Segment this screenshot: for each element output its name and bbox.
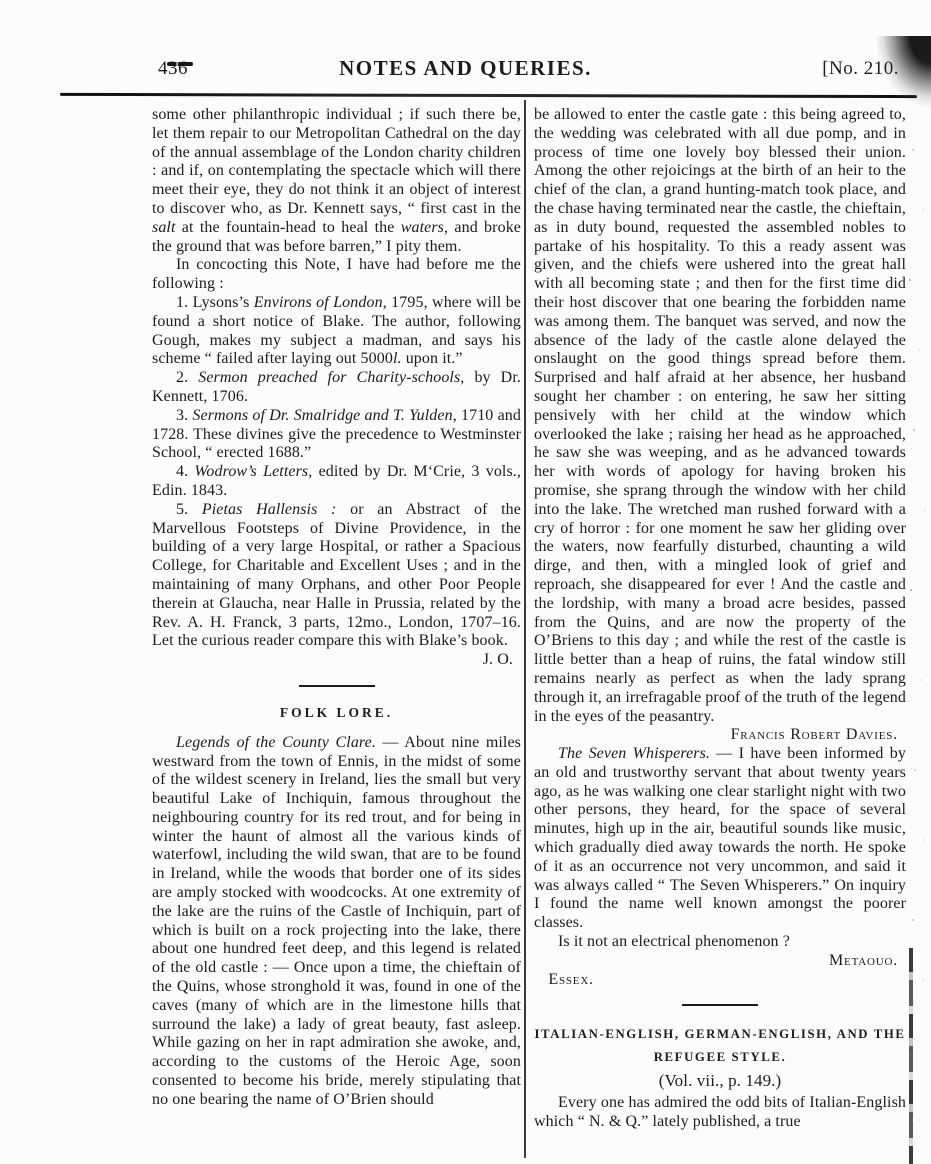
- italic-run: Environs of London: [254, 294, 383, 311]
- text-run: 1. Lysons’s: [176, 294, 254, 311]
- italic-run: Wodrow’s Letters: [194, 463, 308, 480]
- continued-paragraph: some other philanthropic individual ; if…: [152, 106, 521, 256]
- text-run: 4.: [176, 463, 194, 480]
- text-run: — I have been informed by an old and tru…: [534, 745, 906, 931]
- italic-run: The Seven Whisperers.: [558, 745, 710, 762]
- text-run: or an Abstract of the Marvellous Footste…: [152, 501, 521, 650]
- italic-run: Legends of the County Clare.: [176, 734, 376, 751]
- paragraph: In concocting this Note, I have had befo…: [152, 256, 521, 294]
- ink-smudge: [167, 62, 193, 66]
- list-item-2: 2. Sermon preached for Charity-schools, …: [152, 369, 521, 407]
- list-item-4: 4. Wodrow’s Letters, edited by Dr. M‘Cri…: [152, 463, 521, 501]
- italic-run: l.: [393, 350, 402, 367]
- signature: Metaouo.: [534, 952, 906, 971]
- text-run: be allowed to enter the castle gate : th…: [534, 106, 906, 725]
- text-run: — About nine miles westward from the tow…: [152, 734, 521, 1108]
- article-heading: ITALIAN-ENGLISH, GERMAN-ENGLISH, AND THE…: [534, 1023, 906, 1069]
- text-run: 3.: [176, 407, 192, 424]
- legends-paragraph: Legends of the County Clare. — About nin…: [152, 734, 521, 1110]
- text-run: In concocting this Note, I have had befo…: [152, 256, 521, 292]
- italic-run: Pietas Hallensis :: [202, 501, 337, 518]
- italic-run: waters: [401, 219, 444, 236]
- section-divider-rule: [682, 1004, 758, 1006]
- text-run: Every one has admired the odd bits of It…: [534, 1094, 906, 1130]
- list-item-5: 5. Pietas Hallensis : or an Abstract of …: [152, 501, 521, 651]
- text-run: 2.: [176, 369, 198, 386]
- seven-whisperers-paragraph: The Seven Whisperers. — I have been info…: [534, 745, 906, 933]
- italic-run: salt: [152, 219, 176, 236]
- list-item-1: 1. Lysons’s Environs of London, 1795, wh…: [152, 294, 521, 369]
- column-left: some other philanthropic individual ; if…: [152, 106, 521, 1110]
- dateline: Essex.: [534, 971, 906, 990]
- italic-run: Sermon preached for Charity-schools: [198, 369, 460, 386]
- journal-title: NOTES AND QUERIES.: [0, 56, 931, 81]
- text-run: upon it.”: [402, 350, 463, 367]
- page-corner-shadow: [875, 36, 931, 122]
- list-item-3: 3. Sermons of Dr. Smalridge and T. Yulde…: [152, 407, 521, 463]
- text-run: at the fountain-head to heal the: [176, 219, 401, 236]
- text-run: 5.: [176, 501, 202, 518]
- column-right: be allowed to enter the castle gate : th…: [534, 106, 906, 1132]
- text-run: Is it not an electrical phenomenon ?: [558, 933, 790, 950]
- section-divider-rule: [299, 685, 375, 687]
- scanned-page: 436 NOTES AND QUERIES. [No. 210. some ot…: [0, 0, 931, 1164]
- column-divider-rule: [524, 100, 526, 1158]
- signature: J. O.: [152, 651, 521, 670]
- section-heading: FOLK LORE.: [152, 704, 521, 723]
- signature: Francis Robert Davies.: [534, 726, 906, 745]
- header-rule: [60, 93, 917, 98]
- italian-english-paragraph: Every one has admired the odd bits of It…: [534, 1094, 906, 1132]
- italic-run: Sermons of Dr. Smalridge and T. Yulden: [192, 407, 452, 424]
- volume-reference: (Vol. vii., p. 149.): [534, 1072, 906, 1091]
- paragraph: Is it not an electrical phenomenon ?: [534, 933, 906, 952]
- text-run: some other philanthropic individual ; if…: [152, 106, 521, 217]
- binding-shadow: [909, 948, 913, 1164]
- legends-paragraph-continued: be allowed to enter the castle gate : th…: [534, 106, 906, 726]
